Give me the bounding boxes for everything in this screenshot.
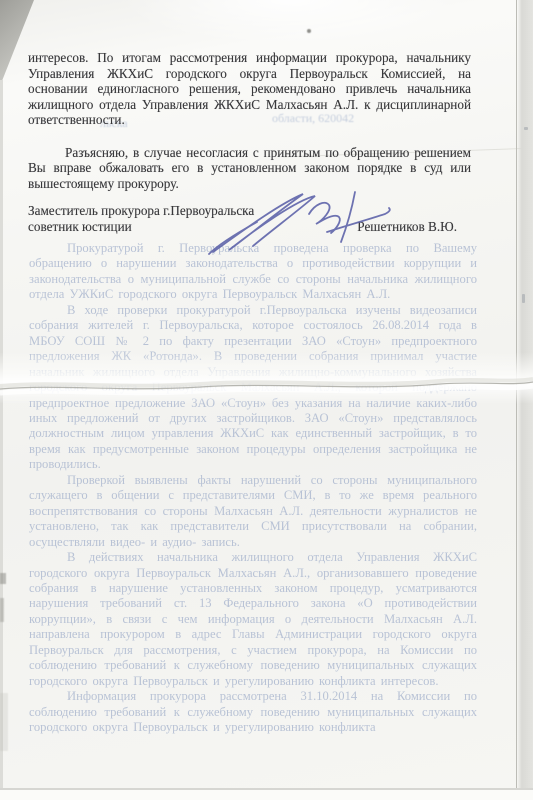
- page-bottom-margin: [0, 790, 533, 800]
- bleedthrough-text-block: Прокуратурой г. Первоуральска проведена …: [29, 241, 477, 736]
- handwritten-signature-ink: [205, 188, 405, 260]
- text-line: интересов. По итогам рассмотрения информ…: [28, 50, 471, 66]
- edge-smudge: [0, 573, 6, 584]
- edge-smudge: [0, 598, 4, 622]
- text-line: ответственности.: [28, 112, 471, 128]
- signee-position-line-2: советник юстиции: [28, 219, 132, 235]
- page-left-edge: [0, 80, 3, 800]
- scanned-letter-page: льска области, 620042 Прокуратурой г. Пе…: [0, 0, 533, 800]
- edge-mark: [524, 127, 528, 130]
- text-line: Разъясняю, в случае несогласия с приняты…: [28, 145, 471, 161]
- bleedthrough-paragraph: В действиях начальника жилищного отдела …: [29, 550, 477, 689]
- bleedthrough-paragraph: Проверкой выявлены факты нарушений со ст…: [29, 473, 477, 550]
- text-line: Вы вправе обжаловать его в установленном…: [28, 160, 471, 176]
- letter-paragraph-1: интересов. По итогам рассмотрения информ…: [28, 50, 471, 128]
- text-line: Управления ЖКХиС городского округа Перво…: [28, 66, 471, 82]
- edge-mark: [522, 294, 525, 303]
- text-line: основании единогласного решения, рекомен…: [28, 81, 471, 97]
- fold-crease: [0, 372, 533, 398]
- text-line: жилищного отдела Управления ЖКХиС Малхас…: [28, 97, 471, 113]
- letter-paragraph-2: Разъясняю, в случае несогласия с приняты…: [28, 145, 471, 192]
- edge-smudge: [0, 693, 8, 751]
- bleedthrough-paragraph: Информация прокурора рассмотрена 31.10.2…: [29, 689, 477, 735]
